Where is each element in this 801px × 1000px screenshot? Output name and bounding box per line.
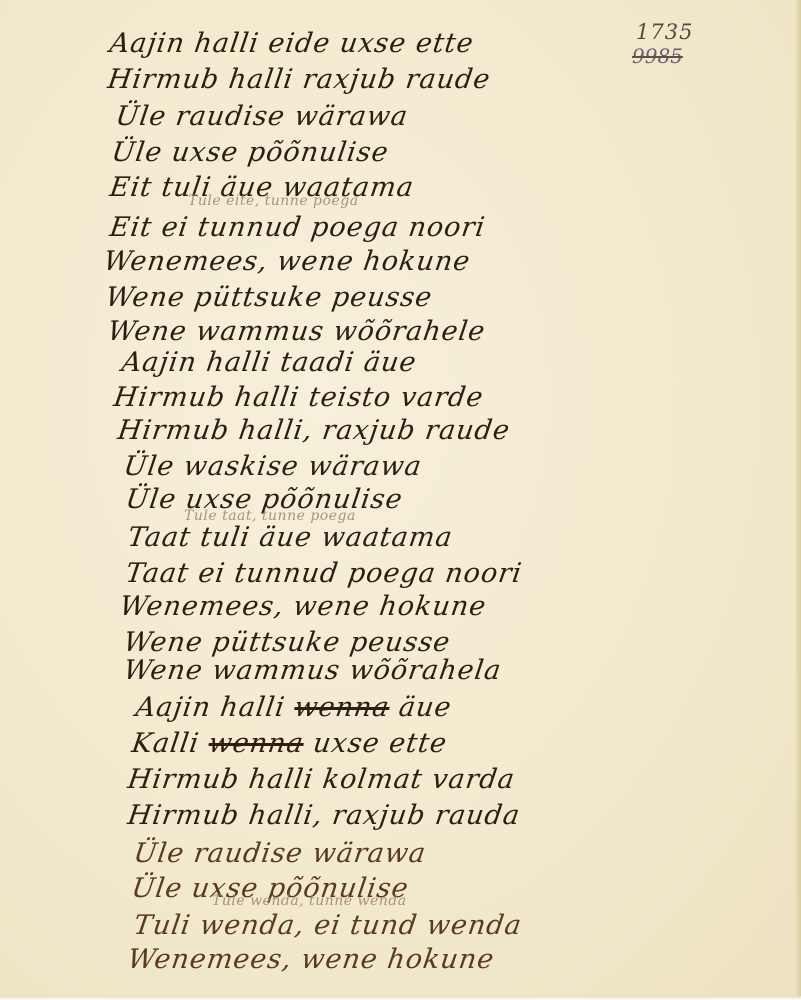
verse-line: Wenemees, wene hokune xyxy=(126,944,497,975)
verse-line: Wene wammus wõõrahela xyxy=(122,655,504,686)
manuscript-page: 1735 9985 Aajin halli eide uxse etteHirm… xyxy=(0,0,798,998)
verse-line: Aajin halli wenna äue xyxy=(134,692,454,723)
verse-text: Wene püttsuke peusse xyxy=(104,282,435,313)
verse-line: Wene püttsuke peusse xyxy=(104,282,435,313)
verse-text: Üle raudise wärawa xyxy=(132,838,428,869)
page-edge-right xyxy=(796,0,801,1000)
verse-line: Wene wammus wõõrahele xyxy=(106,316,488,347)
verse-text: Hirmub halli teisto varde xyxy=(112,382,486,413)
verse-text: Kalli xyxy=(130,728,211,759)
correction-note: Tule wenda, tunne wenda xyxy=(212,893,407,909)
verse-line: Aajin halli taadi äue xyxy=(120,347,419,378)
archive-number-current: 1735 xyxy=(636,20,693,44)
archive-number: 1735 9985 xyxy=(624,20,714,70)
verse-line: Hirmub halli, raxjub rauda xyxy=(126,800,522,831)
verse-text-after: uxse ette xyxy=(302,728,450,759)
verse-text-after: äue xyxy=(387,692,453,723)
verse-text: Wenemees, wene hokune xyxy=(118,591,489,622)
archive-number-crossed-out: 9985 xyxy=(632,44,683,68)
verse-text: Taat ei tunnud poega noori xyxy=(124,558,524,589)
verse-text: Tuli wenda, ei tund wenda xyxy=(132,910,524,941)
verse-line: Hirmub halli raxjub raude xyxy=(106,64,493,95)
verse-text: Wenemees, wene hokune xyxy=(126,944,497,975)
verse-text: Aajin halli xyxy=(134,692,297,723)
verse-text: Hirmub halli kolmat varda xyxy=(126,764,517,795)
verse-line: Hirmub halli, raxjub raude xyxy=(116,415,512,446)
verse-line: Eit ei tunnud poega noori xyxy=(108,212,488,243)
verse-text: Üle waskise wärawa xyxy=(122,451,424,482)
verse-line: Wenemees, wene hokune xyxy=(118,591,489,622)
verse-text: Üle raudise wärawa xyxy=(114,101,410,132)
verse-line: Üle raudise wärawa xyxy=(132,838,428,869)
verse-text: Wene wammus wõõrahele xyxy=(106,316,488,347)
verse-text: Wene püttsuke peusse xyxy=(122,627,453,658)
verse-text: Aajin halli eide uxse ette xyxy=(108,28,476,59)
verse-line: Kalli wenna uxse ette xyxy=(130,728,449,759)
verse-text: Aajin halli taadi äue xyxy=(120,347,419,378)
verse-line: Taat tuli äue waatama xyxy=(126,522,455,553)
verse-line: Üle uxse põõnulise xyxy=(110,137,391,168)
verse-line: Taat ei tunnud poega noori xyxy=(124,558,524,589)
correction-note: Tule eite, tunne poega xyxy=(188,193,359,209)
verse-line: Üle raudise wärawa xyxy=(114,101,410,132)
page-edge-bottom xyxy=(0,996,801,1000)
verse-text: Wene wammus wõõrahela xyxy=(122,655,504,686)
verse-line: Hirmub halli kolmat varda xyxy=(126,764,517,795)
verse-text: Wenemees, wene hokune xyxy=(102,246,473,277)
verse-text: Taat tuli äue waatama xyxy=(126,522,455,553)
verse-line: Wenemees, wene hokune xyxy=(102,246,473,277)
verse-text: Hirmub halli, raxjub raude xyxy=(116,415,512,446)
verse-text: Üle uxse põõnulise xyxy=(110,137,391,168)
struck-word: wenna xyxy=(292,692,391,723)
verse-line: Aajin halli eide uxse ette xyxy=(108,28,476,59)
verse-text: Hirmub halli raxjub raude xyxy=(106,64,493,95)
verse-line: Tuli wenda, ei tund wenda xyxy=(132,910,524,941)
verse-text: Eit ei tunnud poega noori xyxy=(108,212,488,243)
verse-line: Üle waskise wärawa xyxy=(122,451,424,482)
struck-word: wenna xyxy=(207,728,306,759)
correction-note: Tule taat, tunne poega xyxy=(184,508,356,524)
verse-line: Wene püttsuke peusse xyxy=(122,627,453,658)
verse-text: Hirmub halli, raxjub rauda xyxy=(126,800,522,831)
verse-line: Hirmub halli teisto varde xyxy=(112,382,486,413)
